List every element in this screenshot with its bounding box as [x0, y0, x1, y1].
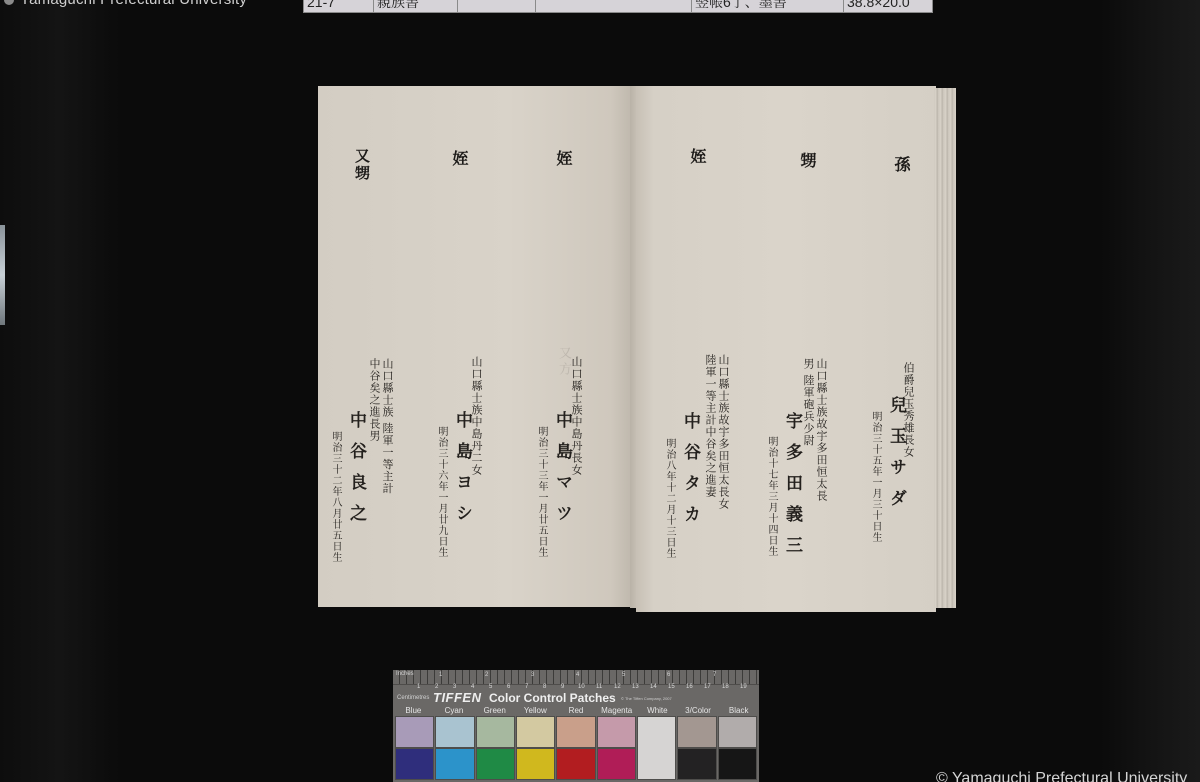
- patch-bottom: [677, 748, 716, 780]
- patch-bottom: [435, 748, 474, 780]
- patch-bottom: [476, 748, 515, 780]
- open-book: 姪 姪 又甥 又方 山口縣士族中島丹長女 中島マツ 明治三十三年一月廿五日生 山…: [318, 86, 958, 614]
- entry-origin: 山口縣士族故宇多田恒太長女 陸軍一等主計中谷矣之進妻: [704, 354, 730, 514]
- patch-blue: [395, 716, 434, 780]
- patch-top: [516, 716, 555, 748]
- entry-origin: 山口縣士族故宇多田恒太長男 陸軍砲兵少尉: [802, 358, 828, 508]
- patch-top: [677, 716, 716, 748]
- inch-tick: 7: [713, 672, 716, 678]
- patch-bottom: [637, 748, 676, 780]
- patch-label: Magenta: [596, 706, 637, 716]
- patch-top: [395, 716, 434, 748]
- patch-label: Yellow: [515, 706, 556, 716]
- patch-label: Cyan: [434, 706, 475, 716]
- patch-label: White: [637, 706, 678, 716]
- footer-credit: © Yamaguchi Prefectural University: [936, 770, 1187, 782]
- page-stack-edges: [934, 88, 956, 608]
- entry-birth: 明治三十六年一月廿九日生: [434, 426, 449, 558]
- inch-tick: 2: [485, 672, 488, 678]
- patch-bottom: [556, 748, 595, 780]
- right-page: 孫 甥 姪 伯爵兒玉秀雄長女 兒玉サダ 明治三十五年一月三十日生 山口縣士族故宇…: [636, 86, 936, 612]
- patch-label: Red: [556, 706, 597, 716]
- ruler-inches-label: Inches: [396, 671, 414, 677]
- patch-magenta: [597, 716, 636, 780]
- patch-label: 3/Color: [678, 706, 719, 716]
- entry-name: 宇多田義三: [780, 412, 805, 567]
- patch-label: Green: [474, 706, 515, 716]
- catalog-title: 親族書: [374, 0, 458, 12]
- catalog-col4: [536, 0, 692, 12]
- inch-ruler: Inches 1 2 3 4 5 6 7: [393, 670, 759, 685]
- color-patches: [395, 716, 757, 780]
- ruler-cm-label: Centimetres: [397, 695, 429, 701]
- patch-top: [556, 716, 595, 748]
- entry-birth: 明治三十三年一月廿五日生: [534, 426, 549, 558]
- top-credit: Yamaguchi Prefectural University: [0, 0, 247, 8]
- patch-yellow: [516, 716, 555, 780]
- inch-tick: 1: [439, 672, 442, 678]
- left-page: 姪 姪 又甥 又方 山口縣士族中島丹長女 中島マツ 明治三十三年一月廿五日生 山…: [318, 86, 636, 607]
- inch-tick: 5: [622, 672, 625, 678]
- chart-copyright: © The Tiffen Company, 2007: [621, 696, 672, 701]
- catalog-size: 38.8×20.0: [844, 0, 932, 12]
- catalog-format: 竪帳6丁、墨書: [692, 0, 844, 12]
- entry-name: 中谷タカ: [678, 412, 703, 536]
- patch-bottom: [597, 748, 636, 780]
- patch-top: [637, 716, 676, 748]
- patch-top: [718, 716, 757, 748]
- catalog-id: 21-7: [304, 0, 374, 12]
- color-control-chart: Inches 1 2 3 4 5 6 7 1 2 3 4 5 6 7 8 9 1…: [393, 670, 759, 782]
- inch-tick: 4: [576, 672, 579, 678]
- entry-name: 中島ヨシ: [450, 411, 475, 535]
- patch-bottom: [395, 748, 434, 780]
- heading-left-1: 姪: [552, 150, 575, 168]
- entry-name: 中谷良之: [344, 411, 369, 535]
- heading-right-1: 孫: [890, 156, 913, 174]
- patch-top: [597, 716, 636, 748]
- patch-bottom: [718, 748, 757, 780]
- entry-birth: 明治八年十二月十三日生: [662, 438, 677, 559]
- entry-birth: 明治三十二年八月廿五日生: [328, 431, 343, 563]
- patch-black: [718, 716, 757, 780]
- inch-tick: 6: [667, 672, 670, 678]
- patch-3-color: [677, 716, 716, 780]
- entry-name: 兒玉サダ: [884, 396, 909, 520]
- entry-name: 中島マツ: [550, 411, 575, 535]
- catalog-row: 21-7 親族書 竪帳6丁、墨書 38.8×20.0: [303, 0, 933, 13]
- patch-label: Black: [718, 706, 759, 716]
- heading-right-3: 姪: [686, 148, 709, 166]
- logo-dot-icon: [4, 0, 14, 5]
- entry-birth: 明治三十五年一月三十日生: [868, 411, 883, 543]
- inch-tick: 3: [531, 672, 534, 678]
- patch-bottom: [516, 748, 555, 780]
- heading-left-2: 姪: [448, 150, 471, 168]
- patch-green: [476, 716, 515, 780]
- patch-top: [476, 716, 515, 748]
- chart-brand-row: Centimetres TIFFEN Color Control Patches…: [393, 689, 759, 707]
- top-credit-text: Yamaguchi Prefectural University: [20, 0, 247, 8]
- patch-label: Blue: [393, 706, 434, 716]
- entry-origin: 山口縣士族 陸軍一等主計中谷矣之進長男: [368, 358, 394, 498]
- entry-birth: 明治十七年三月十四日生: [764, 436, 779, 557]
- heading-left-3: 又甥: [352, 148, 373, 182]
- heading-right-2: 甥: [796, 152, 819, 170]
- edge-strip: [0, 225, 5, 325]
- patch-white: [637, 716, 676, 780]
- patch-red: [556, 716, 595, 780]
- chart-title: Color Control Patches: [489, 691, 616, 705]
- tiffen-logo: TIFFEN: [433, 690, 482, 705]
- patch-cyan: [435, 716, 474, 780]
- patch-labels: Blue Cyan Green Yellow Red Magenta White…: [393, 706, 759, 716]
- catalog-col3: [458, 0, 536, 12]
- patch-top: [435, 716, 474, 748]
